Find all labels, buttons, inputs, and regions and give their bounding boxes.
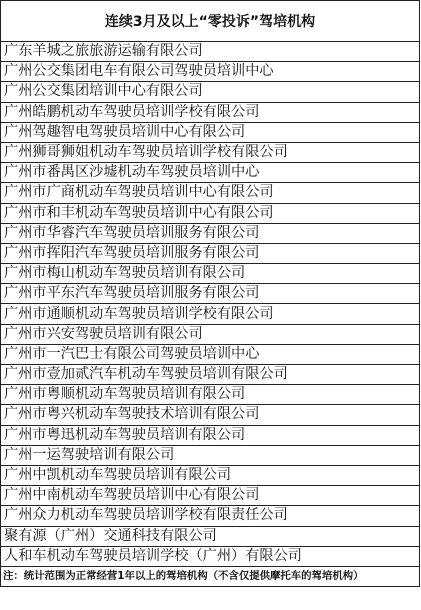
table-row: 人和车机动车驾驶员培训学校（广州）有限公司 <box>1 546 420 566</box>
institution-name: 广州中凯机动车驾驶员培训有限公司 <box>1 465 420 485</box>
institution-name: 广州市一汽巴士有限公司驾驶员培训中心 <box>1 344 420 364</box>
institution-name: 广州市广商机动车驾驶员培训中心有限公司 <box>1 183 420 203</box>
institution-name: 广州市和丰机动车驾驶员培训中心有限公司 <box>1 203 420 223</box>
table-row: 广东羊城之旅旅游运输有限公司 <box>1 42 420 62</box>
institution-name: 广东羊城之旅旅游运输有限公司 <box>1 42 420 62</box>
zero-complaint-table: 连续3月及以上“零投诉”驾培机构 广东羊城之旅旅游运输有限公司广州公交集团电车有… <box>0 0 420 587</box>
table-row: 广州中凯机动车驾驶员培训有限公司 <box>1 465 420 485</box>
table-row: 广州市华睿汽车驾驶员培训服务有限公司 <box>1 223 420 243</box>
table-row: 广州公交集团培训中心有限公司 <box>1 82 420 102</box>
table-row: 广州市一汽巴士有限公司驾驶员培训中心 <box>1 344 420 364</box>
institution-name: 广州一运驾驶培训有限公司 <box>1 445 420 465</box>
table-row: 广州市粤兴机动车驾驶技术培训有限公司 <box>1 405 420 425</box>
table-row: 广州市通顺机动车驾驶员培训学校有限公司 <box>1 304 420 324</box>
institution-name: 广州公交集团培训中心有限公司 <box>1 82 420 102</box>
institution-name: 广州市华睿汽车驾驶员培训服务有限公司 <box>1 223 420 243</box>
institution-name: 广州市梅山机动车驾驶员培训有限公司 <box>1 264 420 284</box>
table-row: 广州市番禺区沙墟机动车驾驶员培训中心 <box>1 163 420 183</box>
institution-name: 广州市平东汽车驾驶员培训服务有限公司 <box>1 284 420 304</box>
institution-name: 广州中南机动车驾驶员培训中心有限公司 <box>1 486 420 506</box>
institution-name: 广州市番禺区沙墟机动车驾驶员培训中心 <box>1 163 420 183</box>
footnote-row: 注：统计范围为正常经营1年以上的驾培机构（不含仅提供摩托车的驾培机构） <box>1 566 420 586</box>
table-row: 广州中南机动车驾驶员培训中心有限公司 <box>1 486 420 506</box>
table-row: 广州公交集团电车有限公司驾驶员培训中心 <box>1 62 420 82</box>
table-row: 广州市梅山机动车驾驶员培训有限公司 <box>1 264 420 284</box>
table-row: 广州一运驾驶培训有限公司 <box>1 445 420 465</box>
table-row: 广州市挥阳汽车驾驶员培训服务有限公司 <box>1 243 420 263</box>
table-title: 连续3月及以上“零投诉”驾培机构 <box>1 1 420 42</box>
table-row: 广州市和丰机动车驾驶员培训中心有限公司 <box>1 203 420 223</box>
table-row: 广州狮哥狮姐机动车驾驶员培训学校有限公司 <box>1 142 420 162</box>
institution-name: 广州市挥阳汽车驾驶员培训服务有限公司 <box>1 243 420 263</box>
footnote: 注：统计范围为正常经营1年以上的驾培机构（不含仅提供摩托车的驾培机构） <box>1 566 420 586</box>
table-row: 聚有源（广州）交通科技有限公司 <box>1 526 420 546</box>
table-row: 广州市兴安驾驶员培训有限公司 <box>1 324 420 344</box>
table-header-row: 连续3月及以上“零投诉”驾培机构 <box>1 1 420 42</box>
table-row: 广州皓鹏机动车驾驶员培训学校有限公司 <box>1 102 420 122</box>
institution-name: 广州市壹加贰汽车机动车驾驶员培训有限公司 <box>1 365 420 385</box>
table-row: 广州市粤迅机动车驾驶员培训有限公司 <box>1 425 420 445</box>
institution-name: 广州市粤迅机动车驾驶员培训有限公司 <box>1 425 420 445</box>
institution-name: 广州狮哥狮姐机动车驾驶员培训学校有限公司 <box>1 142 420 162</box>
institution-name: 广州众力机动车驾驶员培训学校有限责任公司 <box>1 506 420 526</box>
table-row: 广州驾趣智电驾驶员培训中心有限公司 <box>1 122 420 142</box>
institution-name: 广州市兴安驾驶员培训有限公司 <box>1 324 420 344</box>
institution-name: 广州市粤兴机动车驾驶技术培训有限公司 <box>1 405 420 425</box>
institution-name: 广州市粤顺机动车驾驶员培训有限公司 <box>1 385 420 405</box>
table-row: 广州市粤顺机动车驾驶员培训有限公司 <box>1 385 420 405</box>
table-row: 广州市平东汽车驾驶员培训服务有限公司 <box>1 284 420 304</box>
institution-name: 广州皓鹏机动车驾驶员培训学校有限公司 <box>1 102 420 122</box>
institution-name: 广州驾趣智电驾驶员培训中心有限公司 <box>1 122 420 142</box>
institution-name: 人和车机动车驾驶员培训学校（广州）有限公司 <box>1 546 420 566</box>
institution-name: 广州公交集团电车有限公司驾驶员培训中心 <box>1 62 420 82</box>
table-row: 广州市壹加贰汽车机动车驾驶员培训有限公司 <box>1 365 420 385</box>
table-row: 广州众力机动车驾驶员培训学校有限责任公司 <box>1 506 420 526</box>
institution-name: 广州市通顺机动车驾驶员培训学校有限公司 <box>1 304 420 324</box>
institution-name: 聚有源（广州）交通科技有限公司 <box>1 526 420 546</box>
table-row: 广州市广商机动车驾驶员培训中心有限公司 <box>1 183 420 203</box>
